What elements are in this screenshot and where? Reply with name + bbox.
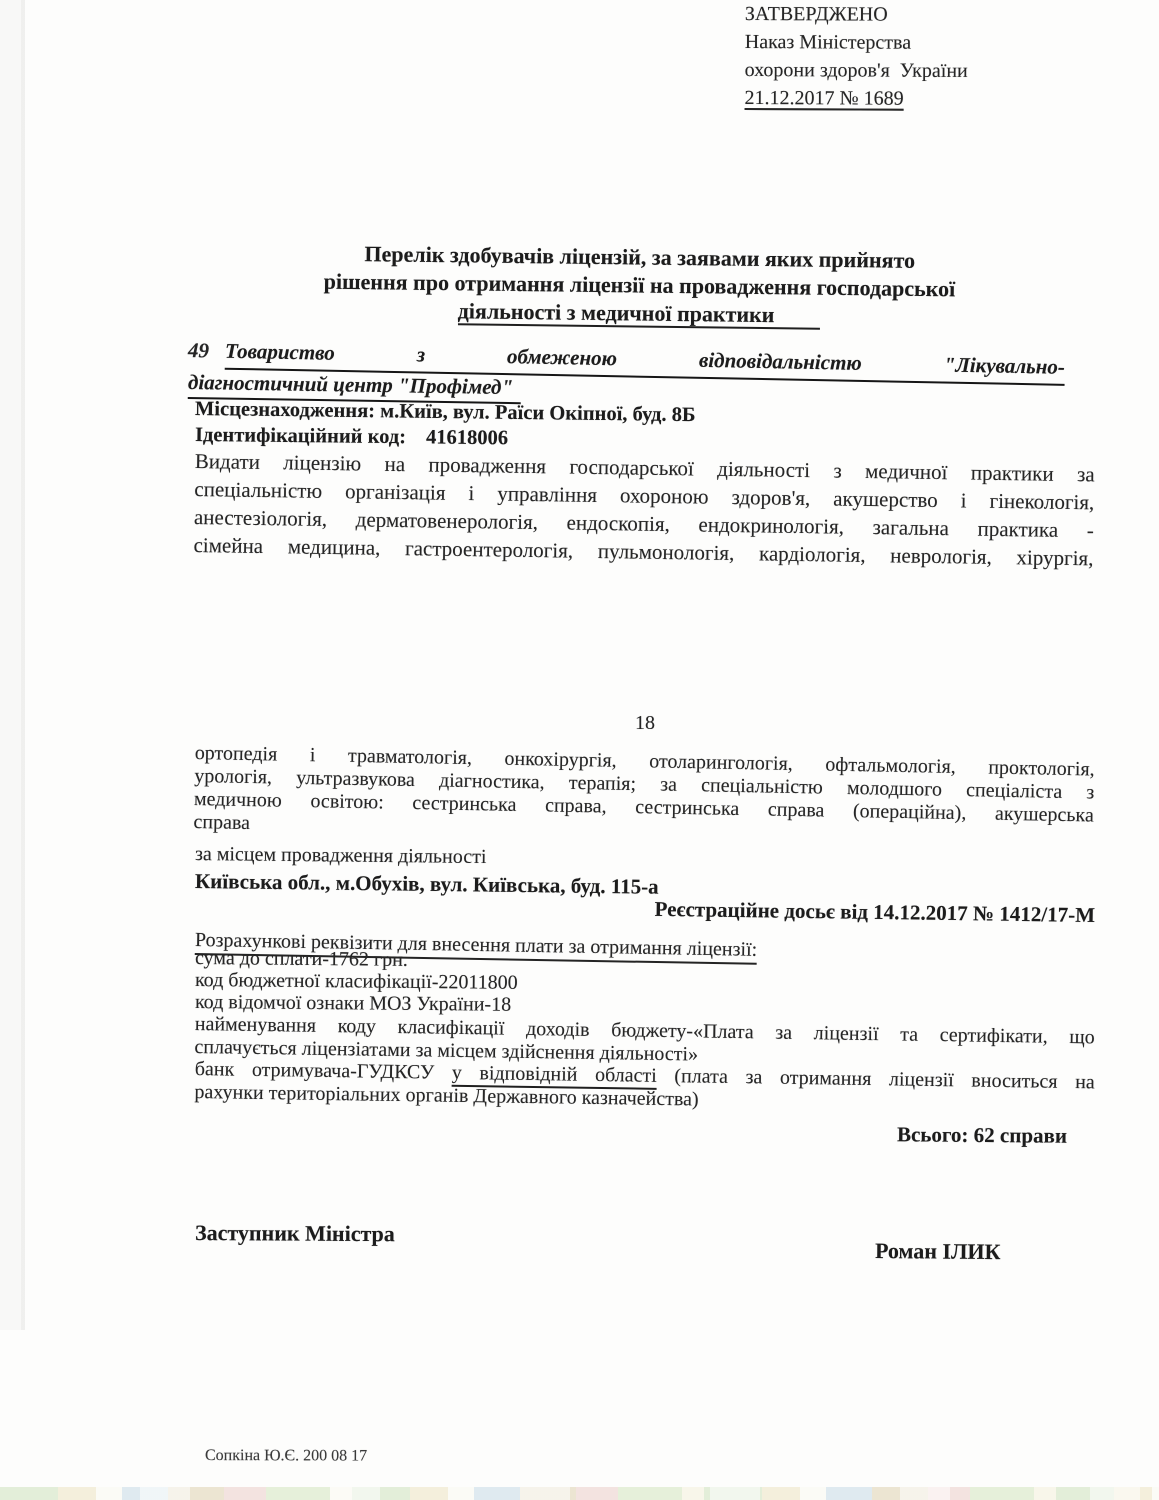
approval-ministry-line: охорони здоров'я України: [745, 56, 1005, 85]
scan-edge-artifact-bottom: [0, 1487, 1159, 1500]
scanned-document-page: ЗАТВЕРДЖЕНО Наказ Міністерства охорони з…: [0, 0, 1159, 1500]
signatory-name: Роман ІЛИК: [875, 1238, 1125, 1266]
approval-heading: ЗАТВЕРДЖЕНО: [745, 0, 1005, 29]
approval-order-line: Наказ Міністерства: [745, 28, 1005, 57]
scan-edge-artifact-left: [0, 0, 30, 1330]
identification-label: Ідентифікаційний код:: [195, 424, 406, 448]
bank-prefix: банк отримувача-ГУДКСУ: [195, 1058, 435, 1084]
title-line-3: діяльності з медичної практики: [458, 298, 821, 329]
document-title: Перелік здобувачів ліцензій, за заявами …: [189, 238, 1090, 333]
approval-date-number: 21.12.2017 № 1689: [745, 84, 1005, 113]
license-decision-paragraph: Видати ліцензію на провадження господарс…: [193, 447, 1095, 572]
footer-author-note: Сопкіна Ю.Є. 200 08 17: [205, 1447, 605, 1466]
identification-code: 41618006: [426, 426, 508, 449]
total-cases: Всього: 62 справи: [195, 1116, 1095, 1149]
entry-number: 49: [188, 338, 209, 362]
approval-block: ЗАТВЕРДЖЕНО Наказ Міністерства охорони з…: [745, 0, 1005, 113]
license-specialties-paragraph: ортопедія і травматологія, онкохірургія,…: [193, 742, 1095, 850]
page-number: 18: [195, 712, 1095, 735]
